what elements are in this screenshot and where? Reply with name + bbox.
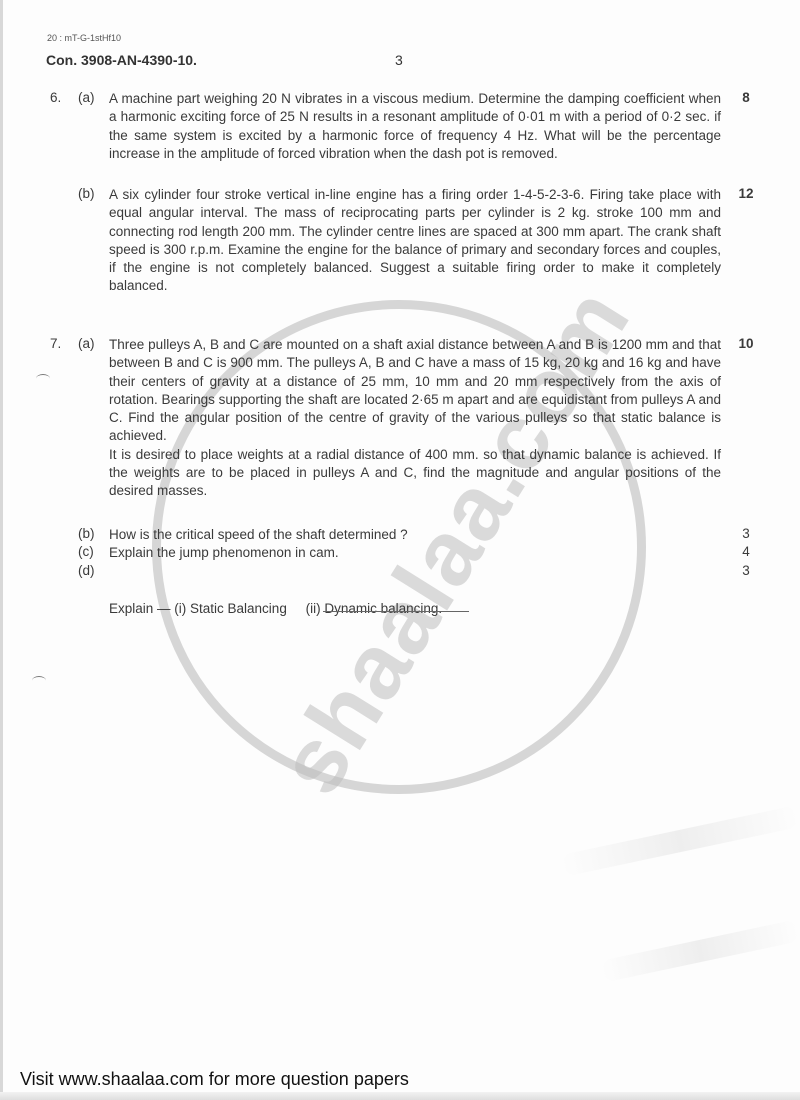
question-text: How is the critical speed of the shaft d… [109,526,721,544]
question-text: Explain the jump phenomenon in cam. [109,544,721,562]
part-text: How is the critical speed of the shaft d… [109,526,721,544]
marks: 8 [736,90,756,105]
question-text: A six cylinder four stroke vertical in-l… [109,186,721,296]
part-text: Three pulleys A, B and C are mounted on … [109,336,721,501]
scan-smudge [600,919,800,982]
question-text-continued: It is desired to place weights at a radi… [109,446,721,501]
part-label: (d) [78,563,95,578]
part-text: Explain the jump phenomenon in cam. [109,544,721,562]
punch-mark [36,374,50,383]
question-number: 6. [50,90,61,105]
end-divider [323,611,469,612]
part-label: (b) [78,186,95,201]
paper-header: Con. 3908-AN-4390-10. [46,52,197,68]
exam-page: shaalaa.com 20 : mT-G-1stHf10 Con. 3908-… [0,0,800,1100]
part-label: (a) [78,90,95,105]
question-text: Three pulleys A, B and C are mounted on … [109,336,721,446]
footer-link-text[interactable]: Visit www.shaalaa.com for more question … [20,1069,409,1090]
part-label: (c) [78,544,94,559]
part-text: A six cylinder four stroke vertical in-l… [109,186,721,296]
paper-code: 20 : mT-G-1stHf10 [47,33,121,43]
punch-mark [32,676,46,685]
marks: 3 [736,526,756,541]
part-text: A machine part weighing 20 N vibrates in… [109,90,721,163]
scan-smudge [560,805,799,876]
question-text: A machine part weighing 20 N vibrates in… [109,90,721,163]
part-text: Explain — (i) Static Balancing (ii) Dyna… [109,563,721,654]
scan-bottom-edge [0,1092,800,1100]
part-label: (b) [78,526,95,541]
marks: 4 [736,544,756,559]
question-number: 7. [50,336,61,351]
page-number: 3 [395,52,403,68]
marks: 12 [736,186,756,201]
scan-left-edge [0,0,3,1100]
part-label: (a) [78,336,95,351]
marks: 10 [736,336,756,351]
question-text: Explain — (i) Static Balancing (ii) Dyna… [109,600,721,618]
marks: 3 [736,563,756,578]
